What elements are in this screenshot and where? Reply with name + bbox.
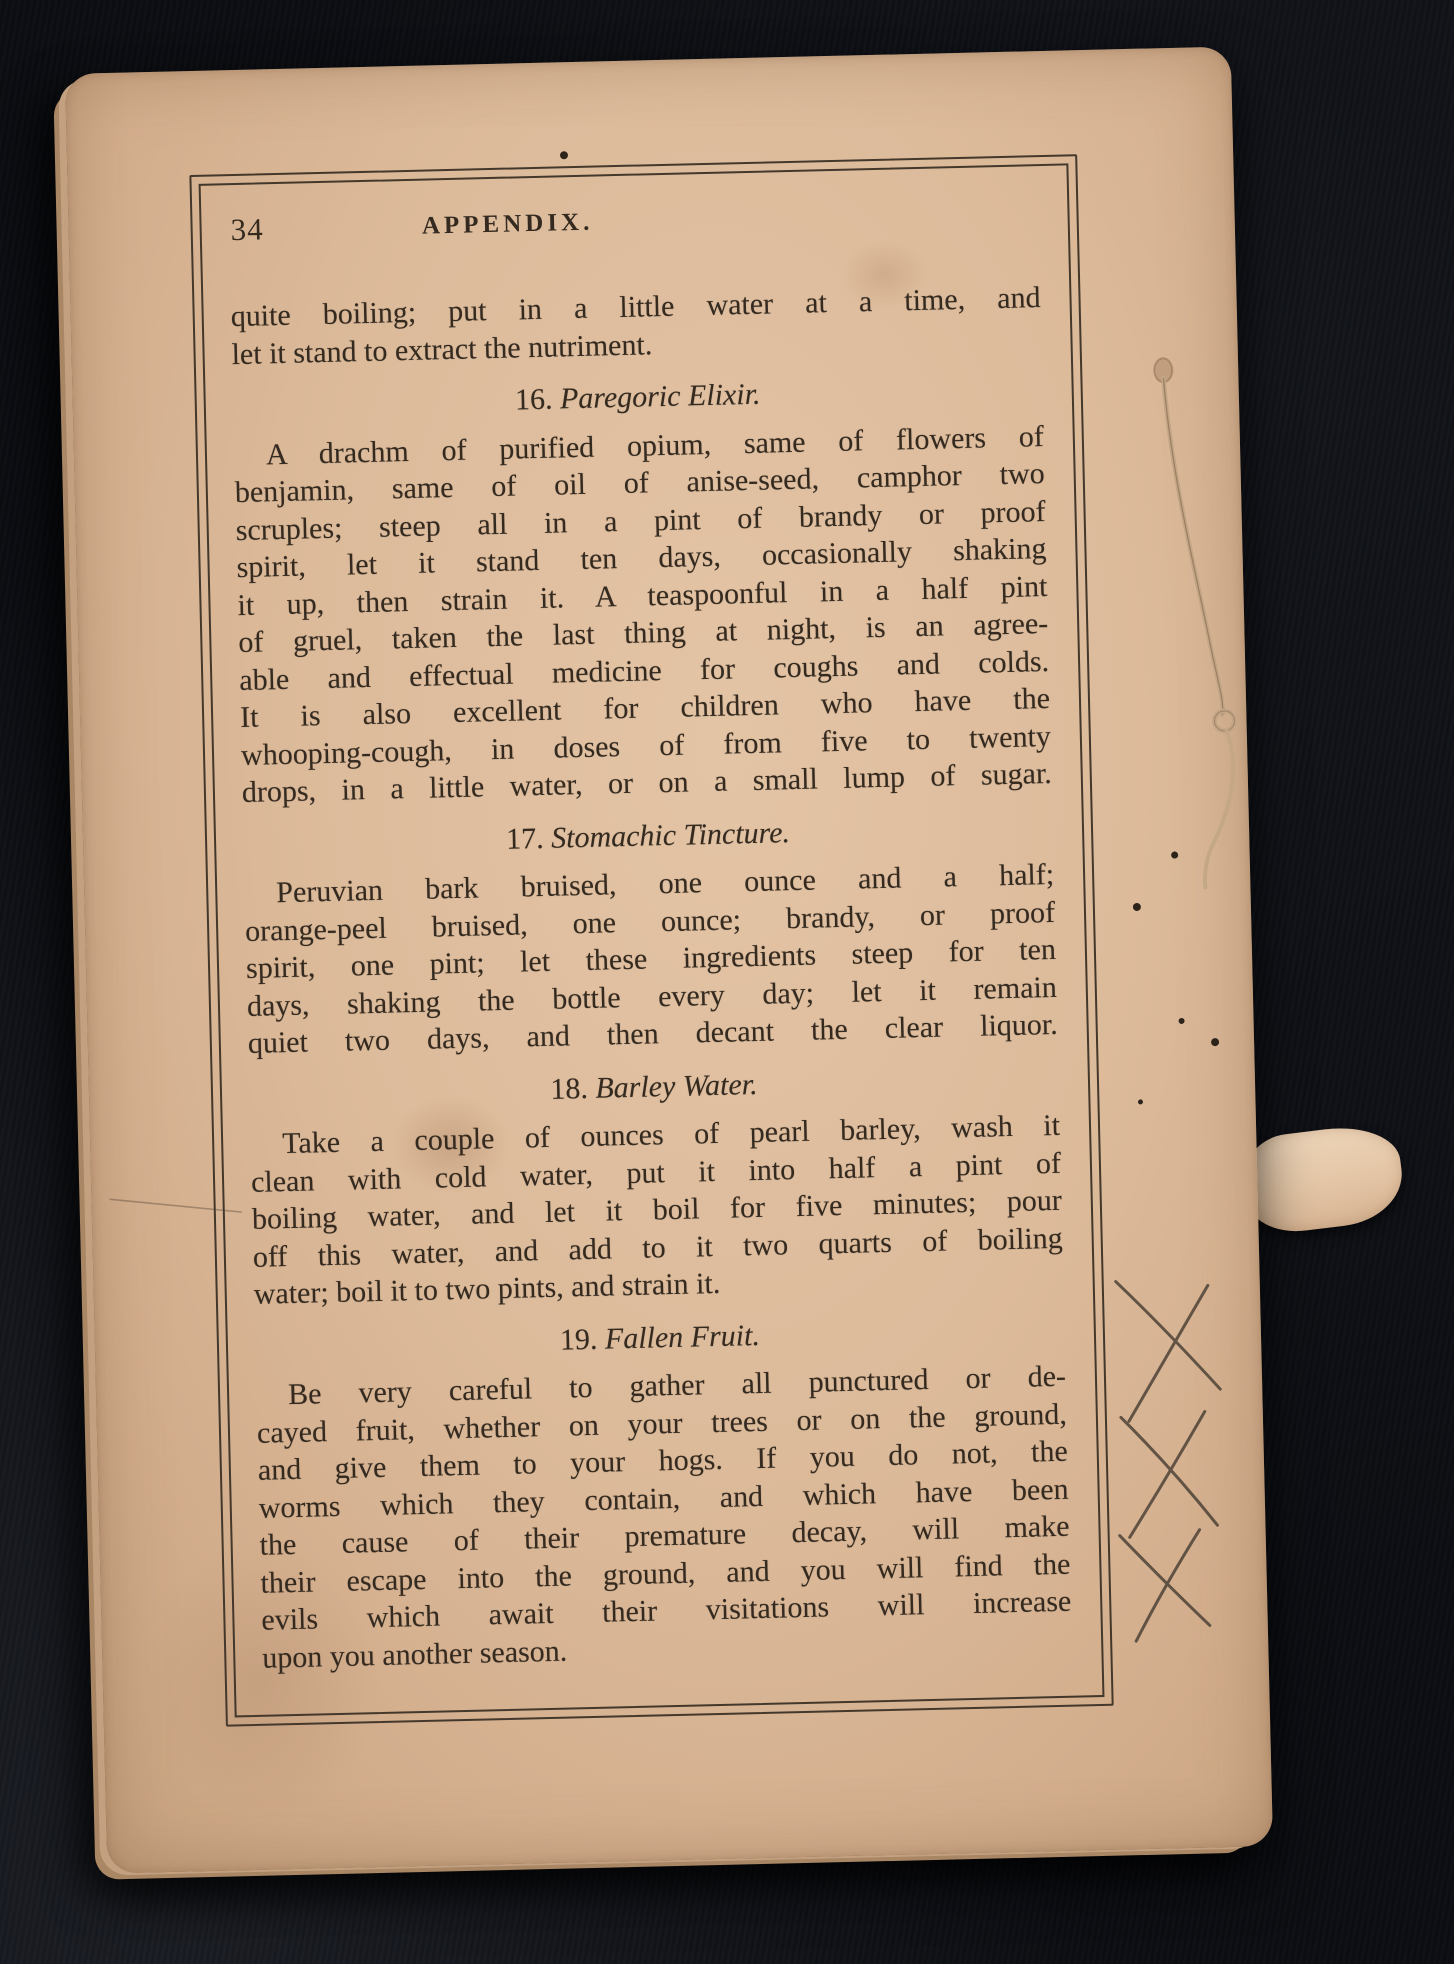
section-heading: 18. Barley Water. <box>249 1058 1060 1115</box>
section-heading: 16. Paregoric Elixir. <box>232 369 1043 426</box>
ink-speck <box>1133 903 1141 911</box>
page-border-frame: 34 APPENDIX. quite boiling; put in a lit… <box>189 154 1113 1726</box>
ink-speck <box>1179 1018 1185 1024</box>
section-number: 17. <box>506 821 552 855</box>
photo-backdrop: 34 APPENDIX. quite boiling; put in a lit… <box>0 0 1454 1964</box>
section-title: Paregoric Elixir. <box>560 378 761 416</box>
torn-paper-tab <box>1239 1121 1408 1238</box>
section-number: 16. <box>515 382 561 416</box>
pencil-cross-marks <box>1114 1279 1226 1641</box>
section-heading: 17. Stomachic Tincture. <box>243 807 1054 864</box>
section-title: Stomachic Tincture. <box>551 816 791 855</box>
thread-knot <box>1214 711 1234 731</box>
paragraph: Be very careful to gather all punctured … <box>256 1358 1073 1677</box>
paragraph: Peruvian bark bruised, one ounce and a h… <box>244 856 1058 1063</box>
text-body: quite boiling; put in a little water at … <box>230 279 1072 1677</box>
running-head: APPENDIX. <box>422 209 594 241</box>
ink-speck <box>560 151 568 159</box>
section-number: 19. <box>560 1322 606 1356</box>
section-number: 18. <box>550 1071 596 1105</box>
binding-thread-tail <box>1202 731 1236 888</box>
section-heading: 19. Fallen Fruit. <box>255 1309 1066 1366</box>
ink-speck <box>1211 1038 1219 1046</box>
ink-speck <box>1138 1099 1143 1104</box>
section-title: Fallen Fruit. <box>605 1318 761 1355</box>
paragraph: A drachm of purified opium, same of flow… <box>234 418 1053 812</box>
book-page: 34 APPENDIX. quite boiling; put in a lit… <box>65 47 1273 1874</box>
paragraph: Take a couple of ounces of pearl barley,… <box>250 1107 1064 1314</box>
binding-hole <box>1154 358 1173 382</box>
page-number: 34 <box>230 211 264 248</box>
paragraph: quite boiling; put in a little water at … <box>230 279 1042 373</box>
section-title: Barley Water. <box>595 1067 758 1104</box>
ink-speck <box>1171 851 1178 858</box>
page-header: 34 APPENDIX. <box>228 191 1039 274</box>
binding-thread <box>1163 377 1222 716</box>
